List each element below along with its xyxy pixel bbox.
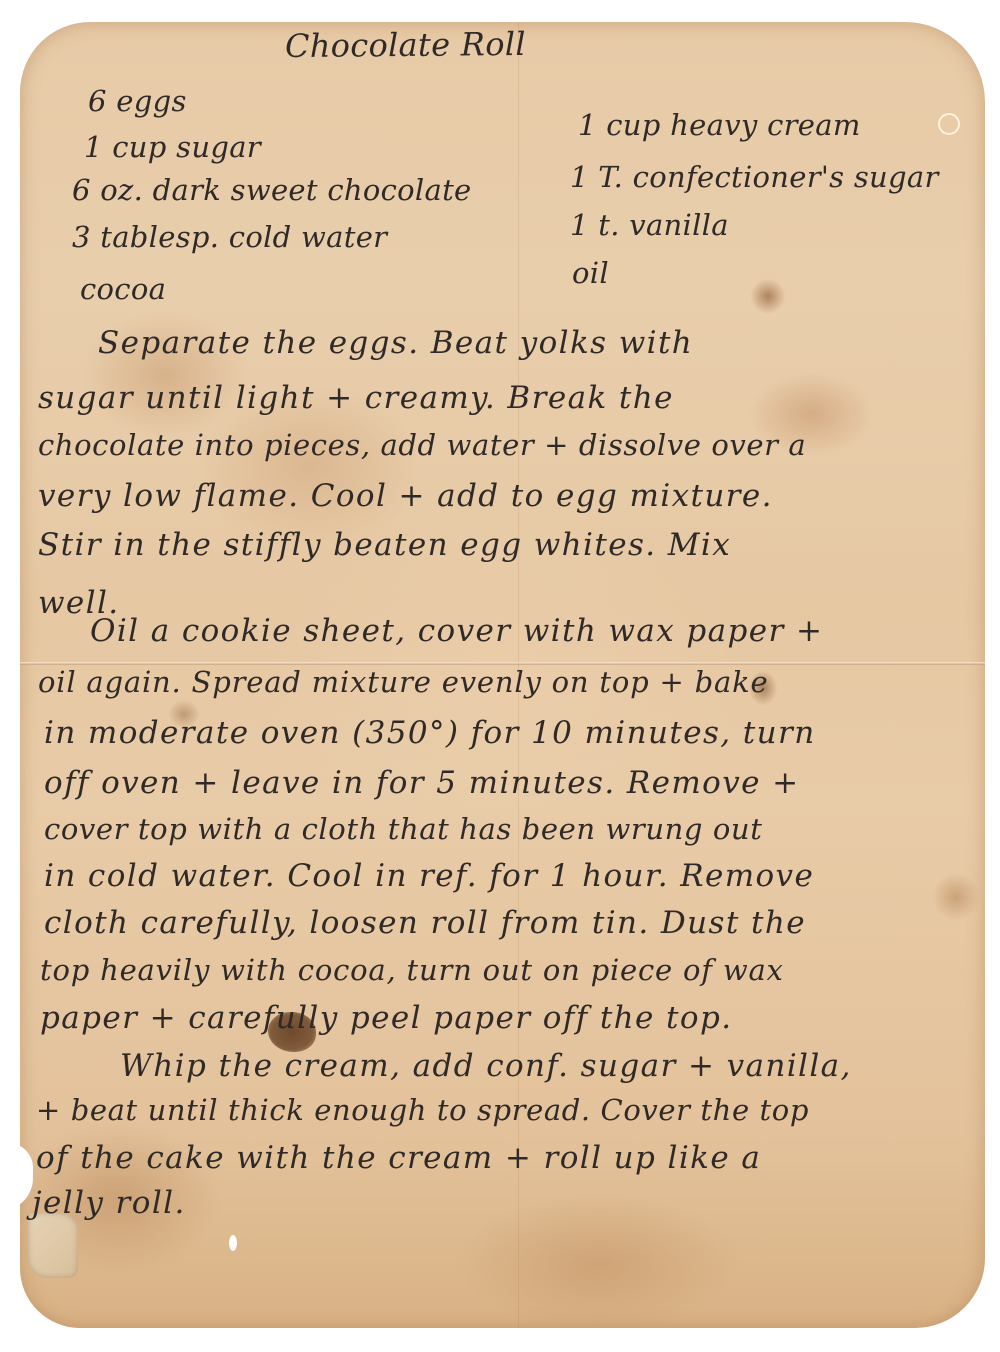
instruction-line: cover top with a cloth that has been wru… (44, 812, 762, 846)
instruction-line: paper + carefully peel paper off the top… (40, 1000, 732, 1036)
ingredient-item: 6 eggs (88, 84, 187, 118)
ingredient-item: 1 T. confectioner's sugar (570, 160, 939, 194)
ingredient-item: cocoa (80, 272, 166, 306)
instruction-line: Stir in the stiffly beaten egg whites. M… (38, 527, 731, 563)
ingredient-item: 1 cup sugar (84, 130, 261, 164)
recipe-title: Chocolate Roll (285, 25, 526, 65)
instruction-line: in moderate oven (350°) for 10 minutes, … (44, 715, 816, 751)
ingredient-item: 1 t. vanilla (570, 208, 729, 242)
ingredient-item: 1 cup heavy cream (578, 108, 861, 142)
instruction-line: oil again. Spread mixture evenly on top … (38, 665, 768, 699)
instruction-line: sugar until light + creamy. Break the (38, 380, 674, 416)
ingredient-item: 3 tablesp. cold water (72, 220, 387, 254)
instruction-line: in cold water. Cool in ref. for 1 hour. … (44, 858, 814, 894)
instruction-line: of the cake with the cream + roll up lik… (36, 1140, 761, 1176)
ingredient-item: 6 oz. dark sweet chocolate (72, 173, 472, 207)
instruction-line: Oil a cookie sheet, cover with wax paper… (90, 613, 823, 649)
instruction-line: Whip the cream, add conf. sugar + vanill… (120, 1048, 852, 1084)
instruction-line: + beat until thick enough to spread. Cov… (36, 1093, 809, 1127)
water-ring-stain (938, 113, 960, 135)
instruction-line: cloth carefully, loosen roll from tin. D… (44, 905, 806, 941)
ingredient-item: oil (572, 256, 609, 290)
torn-paper-flap (28, 1213, 78, 1278)
instruction-line: chocolate into pieces, add water + disso… (38, 428, 806, 462)
instruction-line: off oven + leave in for 5 minutes. Remov… (44, 765, 800, 801)
instruction-line: top heavily with cocoa, turn out on piec… (40, 953, 784, 987)
paper-hole (229, 1235, 237, 1251)
instruction-line: very low flame. Cool + add to egg mixtur… (38, 478, 773, 514)
instruction-line: Separate the eggs. Beat yolks with (98, 325, 693, 361)
instruction-line: jelly roll. (32, 1185, 186, 1221)
